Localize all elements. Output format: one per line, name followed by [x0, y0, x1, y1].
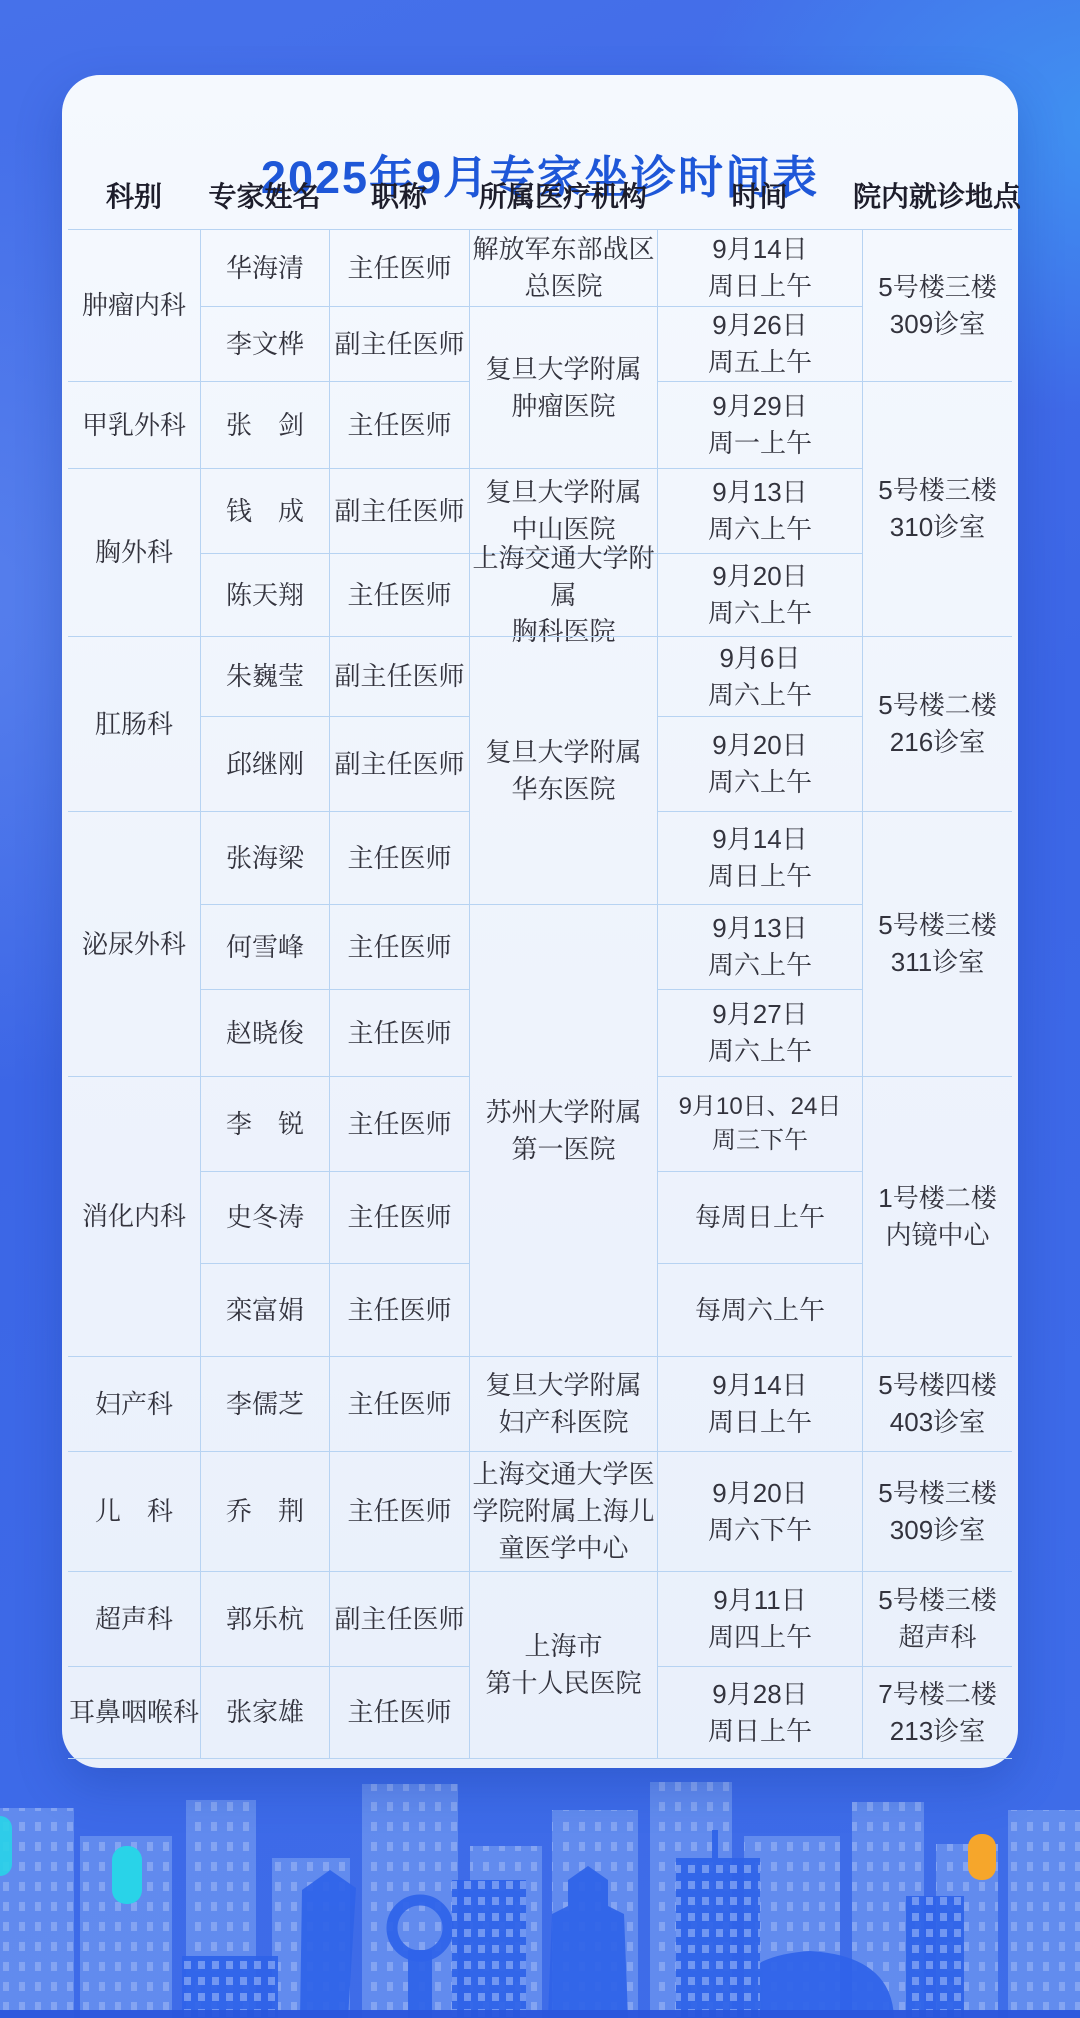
time-cell: 9月28日 周日上午: [657, 1666, 862, 1758]
dept-cell: 胸外科: [68, 468, 200, 636]
name-cell: 郭乐杭: [200, 1571, 329, 1666]
name-cell: 何雪峰: [200, 904, 329, 989]
institution-cell: 上海交通大学医 学院附属上海儿 童医学中心: [469, 1451, 657, 1571]
dept-cell: 泌尿外科: [68, 811, 200, 1076]
title-cell: 主任医师: [329, 381, 469, 468]
title-cell: 主任医师: [329, 553, 469, 636]
header-location: 院内就诊地点: [862, 160, 1012, 229]
name-cell: 钱 成: [200, 468, 329, 553]
name-cell: 张家雄: [200, 1666, 329, 1758]
name-cell: 赵晓俊: [200, 989, 329, 1076]
institution-cell: 苏州大学附属 第一医院: [469, 904, 657, 1356]
location-cell: 5号楼三楼 309诊室: [862, 230, 1012, 381]
time-cell: 9月20日 周六下午: [657, 1451, 862, 1571]
time-cell: 每周六上午: [657, 1263, 862, 1356]
time-cell: 9月11日 周四上午: [657, 1571, 862, 1666]
dept-cell: 肛肠科: [68, 636, 200, 811]
schedule-table: 肿瘤内科 甲乳外科 胸外科 肛肠科 泌尿外科 消化内科 妇产科 儿 科 超声科 …: [68, 229, 1012, 1759]
time-cell: 9月29日 周一上午: [657, 381, 862, 468]
dept-cell: 消化内科: [68, 1076, 200, 1356]
time-cell: 9月6日 周六上午: [657, 636, 862, 716]
title-cell: 副主任医师: [329, 306, 469, 381]
time-cell: 9月20日 周六上午: [657, 716, 862, 811]
dept-cell: 甲乳外科: [68, 381, 200, 468]
institution-cell: 复旦大学附属 妇产科医院: [469, 1356, 657, 1451]
location-cell: 7号楼二楼 213诊室: [862, 1666, 1012, 1758]
dept-cell: 超声科: [68, 1571, 200, 1666]
title-cell: 副主任医师: [329, 636, 469, 716]
location-cell: 5号楼三楼 超声科: [862, 1571, 1012, 1666]
title-cell: 主任医师: [329, 1171, 469, 1263]
header-department: 科别: [68, 160, 200, 229]
location-cell: 5号楼四楼 403诊室: [862, 1356, 1012, 1451]
title-cell: 主任医师: [329, 1451, 469, 1571]
title-cell: 主任医师: [329, 1666, 469, 1758]
time-cell: 每周日上午: [657, 1171, 862, 1263]
name-cell: 陈天翔: [200, 553, 329, 636]
name-cell: 乔 荆: [200, 1451, 329, 1571]
institution-cell: 上海市 第十人民医院: [469, 1571, 657, 1758]
header-institution: 所属医疗机构: [469, 160, 657, 229]
name-cell: 张海梁: [200, 811, 329, 904]
dept-cell: 妇产科: [68, 1356, 200, 1451]
time-cell: 9月10日、24日 周三下午: [657, 1076, 862, 1171]
name-cell: 史冬涛: [200, 1171, 329, 1263]
title-cell: 主任医师: [329, 230, 469, 306]
name-cell: 张 剑: [200, 381, 329, 468]
title-cell: 副主任医师: [329, 1571, 469, 1666]
title-cell: 主任医师: [329, 1076, 469, 1171]
location-cell: 5号楼三楼 311诊室: [862, 811, 1012, 1076]
name-cell: 邱继刚: [200, 716, 329, 811]
location-cell: 1号楼二楼 内镜中心: [862, 1076, 1012, 1356]
title-cell: 主任医师: [329, 989, 469, 1076]
time-cell: 9月14日 周日上午: [657, 1356, 862, 1451]
title-cell: 主任医师: [329, 811, 469, 904]
title-cell: 主任医师: [329, 1356, 469, 1451]
header-title: 职称: [329, 160, 469, 229]
time-cell: 9月14日 周日上午: [657, 811, 862, 904]
time-cell: 9月13日 周六上午: [657, 468, 862, 553]
location-cell: 5号楼二楼 216诊室: [862, 636, 1012, 811]
title-cell: 主任医师: [329, 904, 469, 989]
dept-cell: 耳鼻咽喉科: [68, 1666, 200, 1758]
title-cell: 副主任医师: [329, 716, 469, 811]
name-cell: 李文桦: [200, 306, 329, 381]
institution-cell: 上海交通大学附属 胸科医院: [469, 553, 657, 636]
header-time: 时间: [657, 160, 862, 229]
name-cell: 朱巍莹: [200, 636, 329, 716]
institution-cell: 复旦大学附属 华东医院: [469, 636, 657, 904]
name-cell: 栾富娟: [200, 1263, 329, 1356]
header-expert-name: 专家姓名: [200, 160, 329, 229]
time-cell: 9月14日 周日上午: [657, 230, 862, 306]
title-cell: 主任医师: [329, 1263, 469, 1356]
table-header-row: 科别 专家姓名 职称 所属医疗机构 时间 院内就诊地点: [68, 160, 1012, 229]
schedule-card: 2025年9月专家坐诊时间表 科别 专家姓名 职称 所属医疗机构 时间 院内就诊…: [62, 75, 1018, 1768]
time-cell: 9月20日 周六上午: [657, 553, 862, 636]
name-cell: 李 锐: [200, 1076, 329, 1171]
dept-cell: 肿瘤内科: [68, 230, 200, 381]
location-cell: 5号楼三楼 309诊室: [862, 1451, 1012, 1571]
time-cell: 9月13日 周六上午: [657, 904, 862, 989]
title-cell: 副主任医师: [329, 468, 469, 553]
dept-cell: 儿 科: [68, 1451, 200, 1571]
institution-cell: 复旦大学附属 肿瘤医院: [469, 306, 657, 468]
time-cell: 9月27日 周六上午: [657, 989, 862, 1076]
name-cell: 华海清: [200, 230, 329, 306]
location-cell: 5号楼三楼 310诊室: [862, 381, 1012, 636]
institution-cell: 解放军东部战区 总医院: [469, 230, 657, 306]
time-cell: 9月26日 周五上午: [657, 306, 862, 381]
schedule-poster: { "page": { "title": "2025年9月专家坐诊时间表" },…: [0, 0, 1080, 2018]
name-cell: 李儒芝: [200, 1356, 329, 1451]
